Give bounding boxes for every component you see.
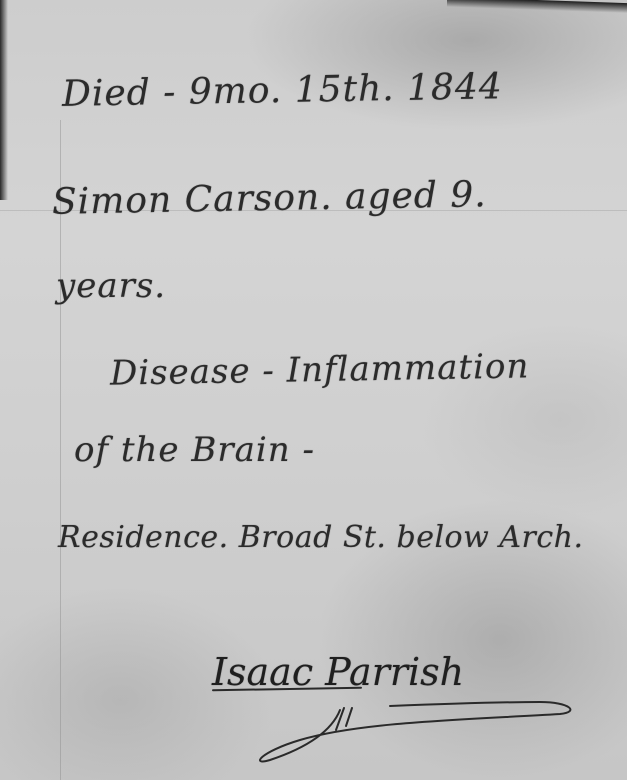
date-line: Died - 9mo. 15th. 1844: [62, 66, 503, 115]
disease-continuation-line: of the Brain -: [74, 430, 315, 470]
name-age-line: Simon Carson. aged 9.: [52, 174, 487, 223]
paper-top-right-edge: [447, 0, 627, 13]
paper-left-edge: [0, 0, 8, 200]
disease-line: Disease - Inflammation: [110, 346, 530, 393]
document-page: Died - 9mo. 15th. 1844 Simon Carson. age…: [0, 0, 627, 780]
signature-flourish-icon: [240, 690, 580, 770]
residence-line: Residence. Broad St. below Arch.: [58, 520, 584, 555]
age-unit-line: years.: [56, 266, 166, 306]
